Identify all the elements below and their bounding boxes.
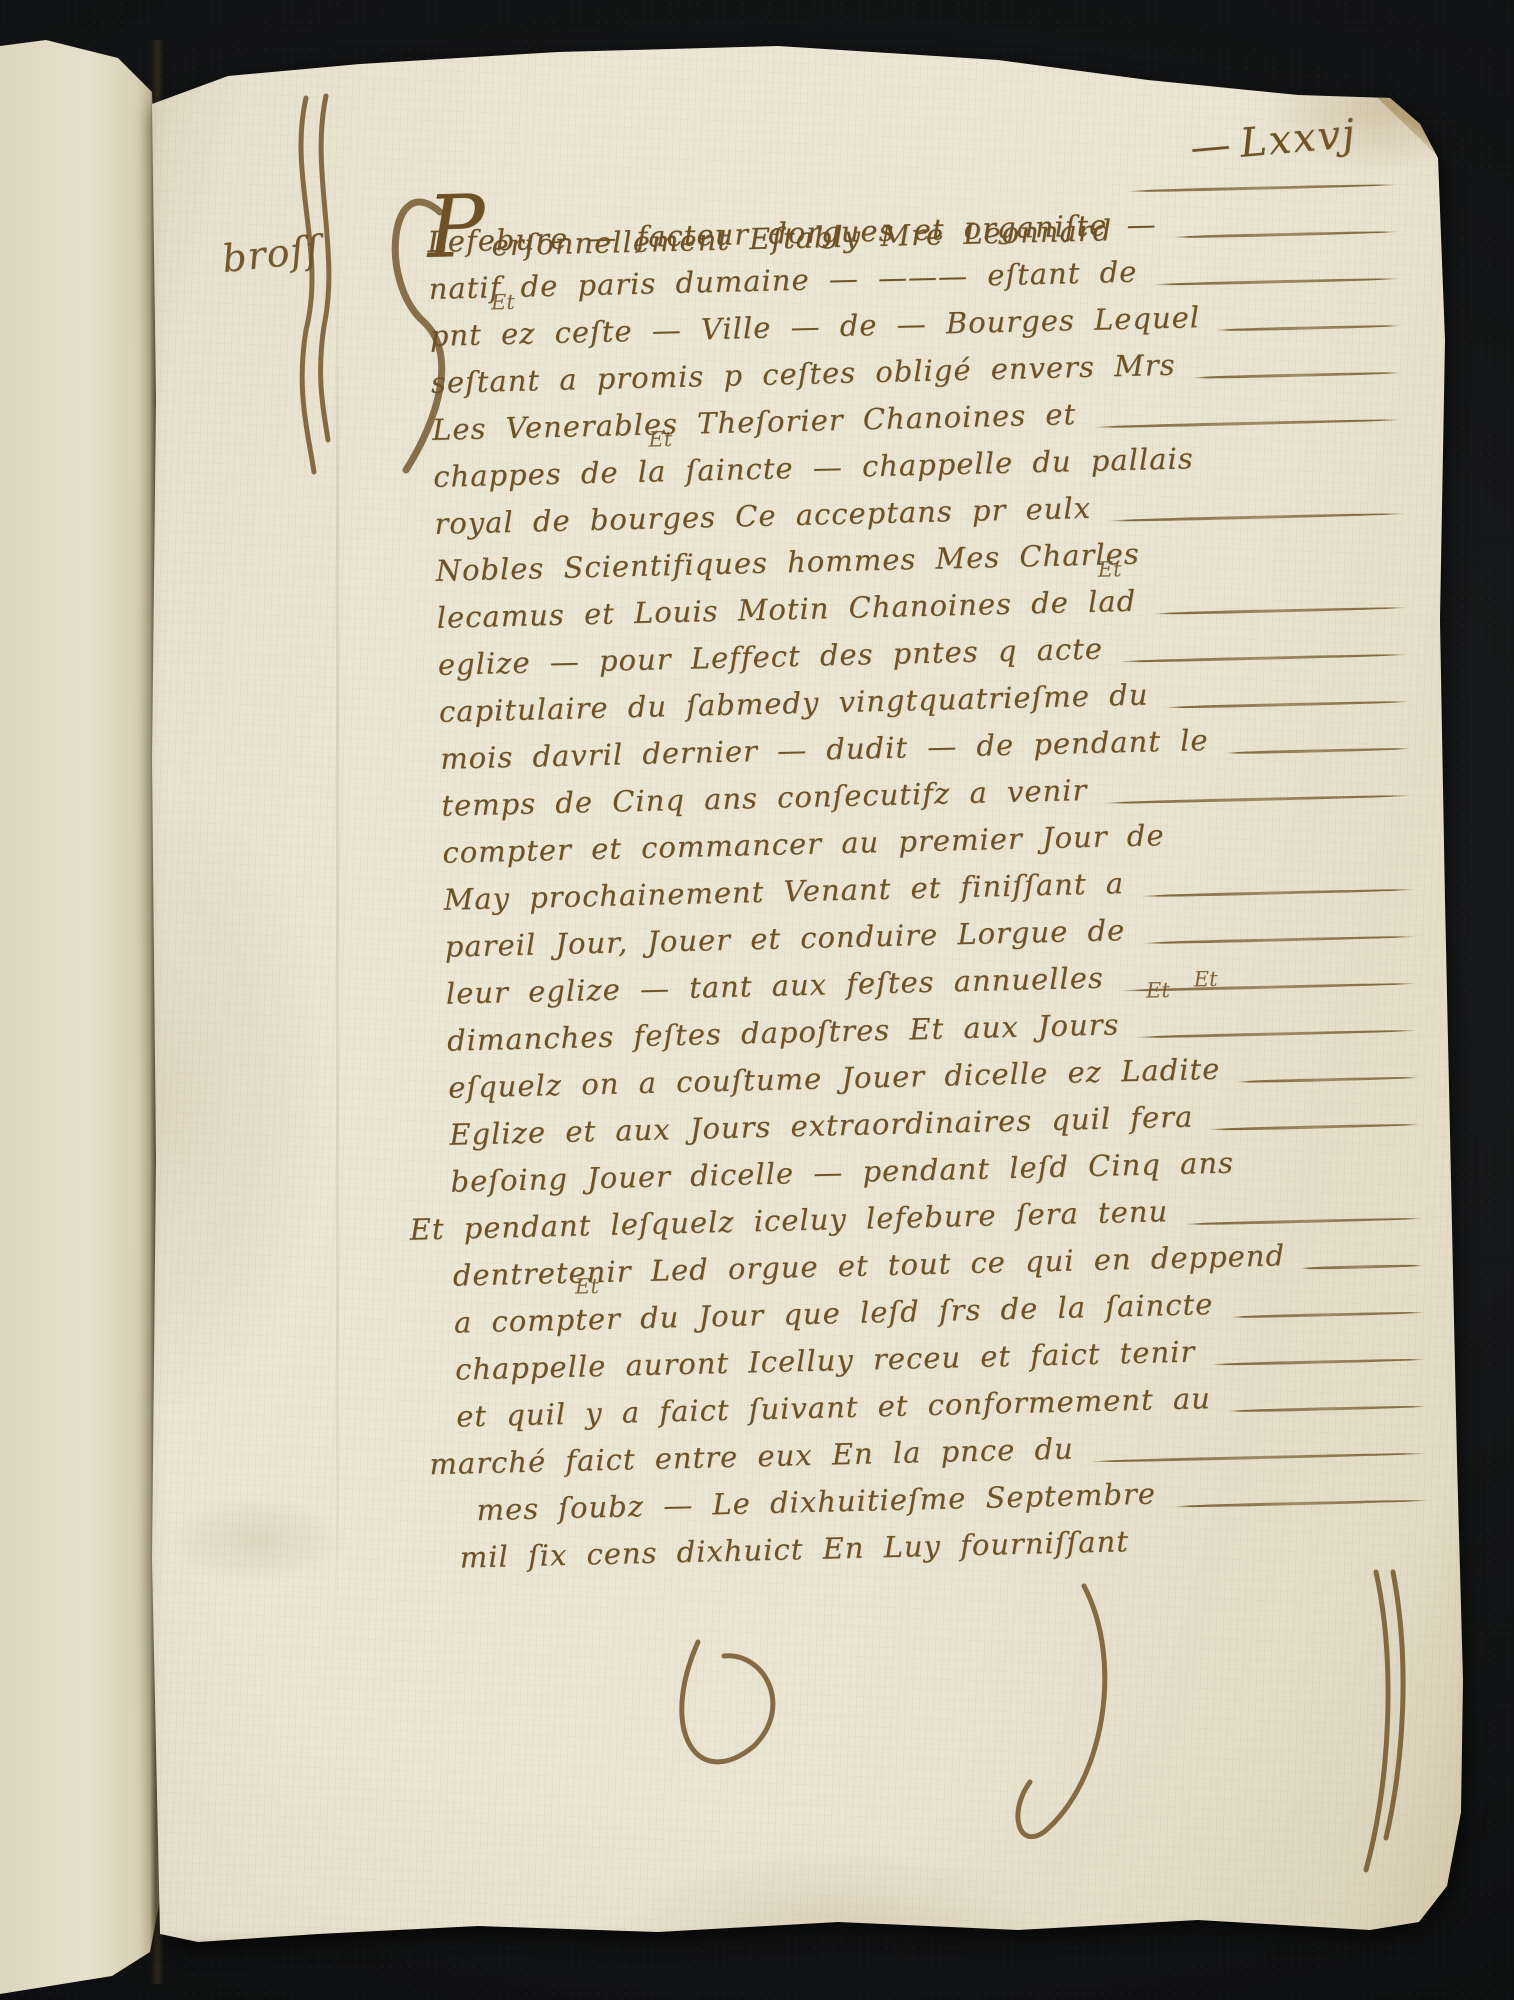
line-filler-rule — [1216, 324, 1400, 331]
manuscript-photo: Lxxvj broſſ P — [0, 0, 1514, 2000]
line-filler-rule — [1184, 1217, 1421, 1226]
margin-fold-crease — [336, 240, 339, 1640]
manuscript-text-block: Perſonnellement Eſtably Mre LeonnardLefe… — [426, 154, 1433, 1637]
line-filler-rule — [1152, 606, 1406, 615]
margin-flourish-icon — [301, 96, 329, 472]
interlinear-mark: Et — [1097, 557, 1121, 582]
interlinear-mark: Et — [575, 1274, 599, 1299]
manuscript-leaf: Lxxvj broſſ P — [138, 0, 1474, 1952]
interlinear-mark: Et — [1194, 967, 1218, 992]
line-filler-rule — [1230, 1311, 1424, 1319]
line-filler-rule — [1237, 1076, 1419, 1083]
line-filler-rule — [1142, 935, 1415, 945]
margin-annotation: broſſ — [220, 227, 323, 281]
line-filler-rule — [1104, 794, 1412, 805]
interlinear-mark: Et — [648, 427, 672, 452]
line-filler-rule — [1227, 1405, 1426, 1413]
line-filler-rule — [1165, 700, 1409, 709]
line-filler-rule — [1090, 1452, 1428, 1463]
line-filler-rule — [1127, 183, 1396, 193]
interlinear-mark: Et — [1146, 978, 1170, 1003]
line-filler-rule — [1212, 1358, 1426, 1366]
line-filler-rule — [1192, 371, 1401, 379]
line-filler-rule — [1136, 1029, 1417, 1039]
line-filler-rule — [1140, 888, 1413, 898]
book-page-stack — [0, 0, 160, 2000]
interlinear-mark: Et — [491, 290, 515, 315]
line-filler-rule — [1092, 418, 1402, 429]
line-filler-rule — [1119, 653, 1408, 663]
line-filler-rule — [1210, 1123, 1420, 1131]
line-filler-rule — [1225, 747, 1410, 755]
manuscript-page: Lxxvj broſſ P — [138, 0, 1474, 1952]
line-filler-rule — [1173, 230, 1398, 238]
line-filler-rule — [1107, 512, 1404, 522]
line-filler-rule — [1301, 1264, 1423, 1270]
line-filler-rule — [1154, 277, 1399, 286]
line-filler-rule — [1172, 1499, 1428, 1508]
